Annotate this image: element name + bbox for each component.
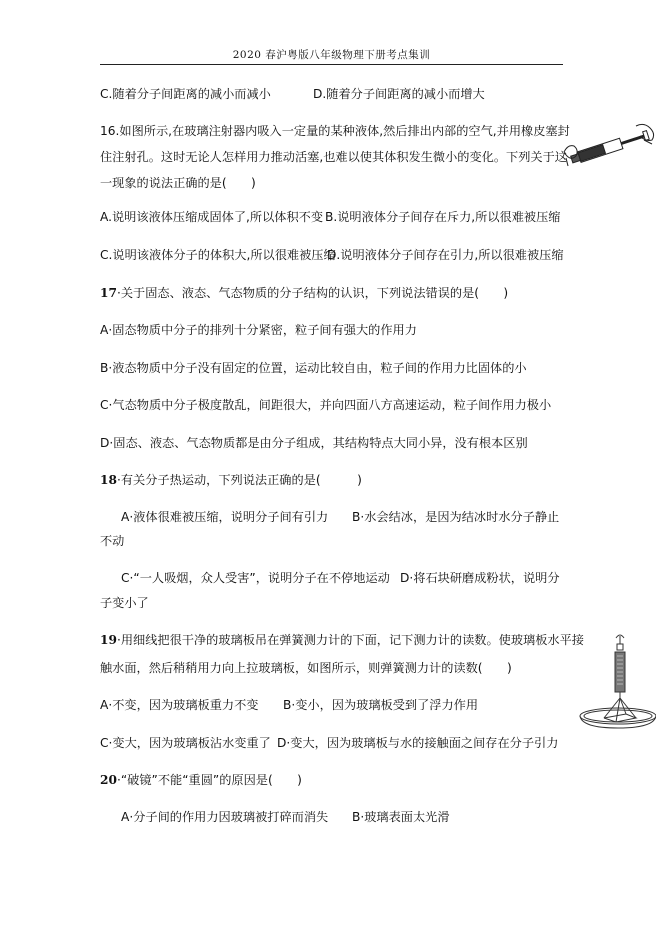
- spring-scale-icon: [576, 632, 656, 732]
- q16-option-d: D.说明液体分子间存在引力,所以很难被压缩: [327, 247, 564, 263]
- header-divider: [100, 64, 563, 65]
- q18-option-b-continued: 不动: [100, 533, 124, 549]
- q17-stem-text: ·关于固态、液态、气态物质的分子结构的认识，下列说法错误的是( ): [117, 286, 508, 300]
- page-header: 2020 春沪粤版八年级物理下册考点集训: [100, 47, 563, 62]
- q16-stem-line-2: 住注射孔。这时无论人怎样用力推动活塞,也难以使其体积发生微小的变化。下列关于这: [100, 149, 567, 165]
- q18-option-d-continued: 子变小了: [100, 595, 149, 611]
- prev-option-c: C.随着分子间距离的减小而减小: [100, 86, 271, 102]
- q16-stem-line-3: 一现象的说法正确的是( ): [100, 175, 256, 191]
- q20-stem: 20·“破镜”不能“重圆”的原因是( ): [100, 772, 302, 788]
- q19-option-d: D·变大，因为玻璃板与水的接触面之间存在分子引力: [277, 735, 558, 751]
- q17-stem: 17·关于固态、液态、气态物质的分子结构的认识，下列说法错误的是( ): [100, 285, 508, 301]
- q17-option-b: B·液态物质中分子没有固定的位置，运动比较自由，粒子间的作用力比固体的小: [100, 360, 527, 376]
- q18-number: 18: [100, 473, 117, 487]
- q18-option-d: D·将石块研磨成粉状，说明分: [400, 570, 560, 586]
- q20-number: 20: [100, 773, 117, 787]
- q16-option-a: A.说明该液体压缩成固体了,所以体积不变: [100, 209, 323, 225]
- q20-option-a: A·分子间的作用力因玻璃被打碎而消失: [121, 809, 328, 825]
- syringe-icon: [560, 118, 658, 174]
- q17-number: 17: [100, 286, 117, 300]
- q18-option-a: A·液体很难被压缩，说明分子间有引力: [121, 509, 328, 525]
- prev-option-d: D.随着分子间距离的减小而增大: [313, 86, 485, 102]
- q19-stem-line-2: 触水面，然后稍稍用力向上拉玻璃板，如图所示，则弹簧测力计的读数( ): [100, 660, 512, 676]
- q19-stem-line-1: 19·用细线把很干净的玻璃板吊在弹簧测力计的下面，记下测力计的读数。使玻璃板水平…: [100, 632, 584, 648]
- q19-number: 19: [100, 633, 117, 647]
- q19-option-b: B·变小，因为玻璃板受到了浮力作用: [283, 697, 478, 713]
- syringe-figure: [560, 118, 658, 174]
- spring-scale-figure: [576, 632, 656, 732]
- q20-stem-text: ·“破镜”不能“重圆”的原因是( ): [117, 773, 302, 787]
- document-page: 2020 春沪粤版八年级物理下册考点集训 C.随着分子间距离的减小而减小 D.随…: [0, 0, 661, 935]
- q17-option-a: A·固态物质中分子的排列十分紧密，粒子间有强大的作用力: [100, 322, 417, 338]
- q18-stem-text: ·有关分子热运动，下列说法正确的是( ): [117, 473, 362, 487]
- q16-option-b: B.说明液体分子间存在斥力,所以很难被压缩: [325, 209, 560, 225]
- q18-option-b: B·水会结冰，是因为结冰时水分子静止: [352, 509, 559, 525]
- q17-option-c: C·气态物质中分子极度散乱，间距很大，并向四面八方高速运动，粒子间作用力极小: [100, 397, 551, 413]
- q18-option-c: C·“一人吸烟，众人受害”，说明分子在不停地运动: [121, 570, 390, 586]
- q19-option-a: A·不变，因为玻璃板重力不变: [100, 697, 258, 713]
- q19-stem-text-1: ·用细线把很干净的玻璃板吊在弹簧测力计的下面，记下测力计的读数。使玻璃板水平接: [117, 633, 584, 647]
- q18-stem: 18·有关分子热运动，下列说法正确的是( ): [100, 472, 362, 488]
- q16-option-c: C.说明该液体分子的体积大,所以很难被压缩: [100, 247, 336, 263]
- q19-option-c: C·变大，因为玻璃板沾水变重了: [100, 735, 271, 751]
- q17-option-d: D·固态、液态、气态物质都是由分子组成，其结构特点大同小异，没有根本区别: [100, 435, 528, 451]
- q16-stem-line-1: 16.如图所示,在玻璃注射器内吸入一定量的某种液体,然后排出内部的空气,并用橡皮…: [100, 123, 570, 139]
- q20-option-b: B·玻璃表面太光滑: [352, 809, 450, 825]
